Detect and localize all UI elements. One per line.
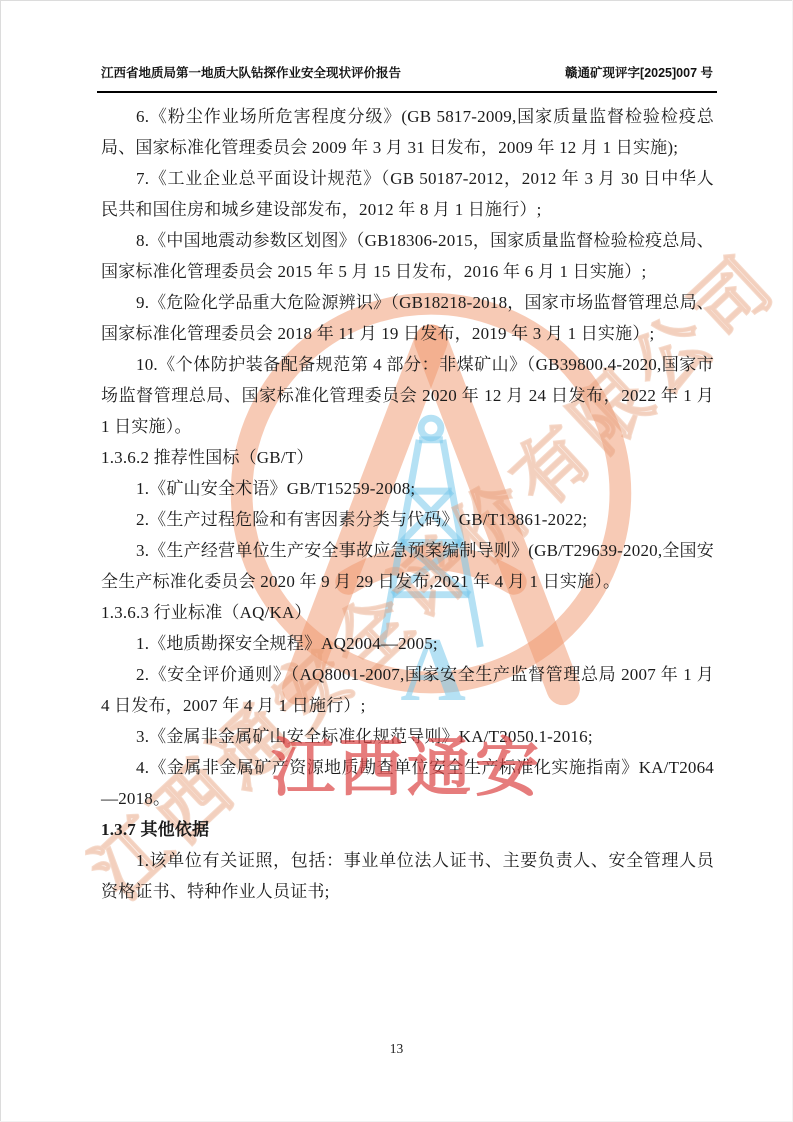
header-report-title: 江西省地质局第一地质大队钻探作业安全现状评价报告 [101, 63, 401, 81]
list-item: 3.《金属非金属矿山安全标准化规范导则》KA/T2050.1-2016; [101, 721, 714, 752]
document-page: A 江西通安全评价有限公司 江西省地质局第一地质大队钻探作业安全现状评价报告 赣… [0, 0, 792, 1121]
list-item: 1.《地质勘探安全规程》AQ2004—2005; [101, 628, 714, 659]
list-item: 9.《危险化学品重大危险源辨识》（GB18218-2018，国家市场监督管理总局… [101, 287, 714, 349]
list-item: 10.《个体防护装备配备规范第 4 部分：非煤矿山》（GB39800.4-202… [101, 349, 714, 442]
document-body: 6.《粉尘作业场所危害程度分级》(GB 5817-2009,国家质量监督检验检疫… [101, 101, 714, 907]
header-doc-number: 赣通矿现评字[2025]007 号 [565, 63, 713, 81]
list-item: 1.《矿山安全术语》GB/T15259-2008; [101, 473, 714, 504]
page-footer: 13 [1, 1041, 792, 1057]
page-number: 13 [390, 1041, 404, 1056]
list-item: 1.该单位有关证照，包括：事业单位法人证书、主要负责人、安全管理人员资格证书、特… [101, 845, 714, 907]
header-divider [97, 91, 717, 93]
page-header: 江西省地质局第一地质大队钻探作业安全现状评价报告 赣通矿现评字[2025]007… [101, 63, 713, 81]
list-item: 4.《金属非金属矿产资源地质勘查单位安全生产标准化实施指南》KA/T2064—2… [101, 752, 714, 814]
list-item: 2.《生产过程危险和有害因素分类与代码》GB/T13861-2022; [101, 504, 714, 535]
list-item: 6.《粉尘作业场所危害程度分级》(GB 5817-2009,国家质量监督检验检疫… [101, 101, 714, 163]
section-heading: 1.3.7 其他依据 [101, 814, 714, 845]
list-item: 2.《安全评价通则》（AQ8001-2007,国家安全生产监督管理总局 2007… [101, 659, 714, 721]
list-item: 3.《生产经营单位生产安全事故应急预案编制导则》(GB/T29639-2020,… [101, 535, 714, 597]
list-item: 8.《中国地震动参数区划图》（GB18306-2015，国家质量监督检验检疫总局… [101, 225, 714, 287]
list-item: 7.《工业企业总平面设计规范》（GB 50187-2012，2012 年 3 月… [101, 163, 714, 225]
section-heading: 1.3.6.3 行业标准（AQ/KA） [101, 597, 714, 628]
section-heading: 1.3.6.2 推荐性国标（GB/T） [101, 442, 714, 473]
